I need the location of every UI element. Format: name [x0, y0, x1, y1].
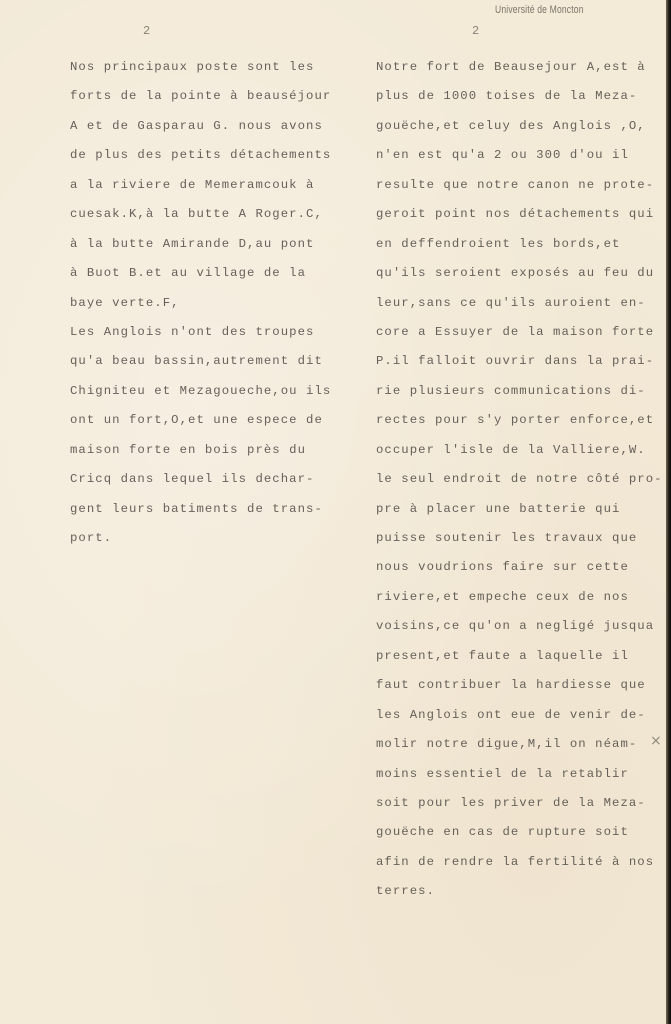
text-line: P.il falloit ouvrir dans la prai- [376, 347, 663, 376]
text-line: de plus des petits détachements [70, 141, 331, 170]
text-line: le seul endroit de notre côté pro- [376, 465, 663, 494]
text-line: leur,sans ce qu'ils auroient en- [376, 289, 663, 318]
text-line: baye verte.F, [70, 289, 331, 318]
text-line: a la riviere de Memeramcouk à [70, 171, 331, 200]
text-line: ont un fort,O,et une espece de [70, 406, 331, 435]
text-line: occuper l'isle de la Valliere,W. [376, 436, 663, 465]
text-line: afin de rendre la fertilité à nos [376, 848, 663, 877]
text-line: voisins,ce qu'on a negligé jusqua [376, 612, 663, 641]
text-line: Nos principaux poste sont les [70, 53, 331, 82]
text-line: nous voudrions faire sur cette [376, 553, 663, 582]
text-line: terres. [376, 877, 663, 906]
left-text-column: Nos principaux poste sont lesforts de la… [70, 53, 331, 553]
text-line: plus de 1000 toises de la Meza- [376, 82, 663, 111]
text-line: gouëche,et celuy des Anglois ,O, [376, 112, 663, 141]
text-line: gouëche en cas de rupture soit [376, 818, 663, 847]
text-line: qu'ils seroient exposés au feu du [376, 259, 663, 288]
text-line: forts de la pointe à beauséjour [70, 82, 331, 111]
text-line: riviere,et empeche ceux de nos [376, 583, 663, 612]
text-line: en deffendroient les bords,et [376, 230, 663, 259]
text-line: port. [70, 524, 331, 553]
text-line: molir notre digue,M,il on néam- [376, 730, 663, 759]
right-text-column: Notre fort de Beausejour A,est àplus de … [376, 53, 663, 907]
text-line: Les Anglois n'ont des troupes [70, 318, 331, 347]
text-line: core a Essuyer de la maison forte [376, 318, 663, 347]
text-line: resulte que notre canon ne prote- [376, 171, 663, 200]
text-line: puisse soutenir les travaux que [376, 524, 663, 553]
text-line: à la butte Amirande D,au pont [70, 230, 331, 259]
text-line: A et de Gasparau G. nous avons [70, 112, 331, 141]
text-line: geroit point nos détachements qui [376, 200, 663, 229]
text-line: moins essentiel de la retablir [376, 760, 663, 789]
archive-stamp: Université de Moncton [495, 4, 584, 16]
text-line: faut contribuer la hardiesse que [376, 671, 663, 700]
text-line: les Anglois ont eue de venir de- [376, 701, 663, 730]
text-line: rie plusieurs communications di- [376, 377, 663, 406]
right-page-number: 2 [472, 24, 479, 38]
text-line: pre à placer une batterie qui [376, 495, 663, 524]
text-line: qu'a beau bassin,autrement dit [70, 347, 331, 376]
scanned-page: Université de Moncton 2 2 Nos principaux… [0, 0, 671, 1024]
text-line: n'en est qu'a 2 ou 300 d'ou il [376, 141, 663, 170]
text-line: Cricq dans lequel ils dechar- [70, 465, 331, 494]
text-line: maison forte en bois près du [70, 436, 331, 465]
text-line: gent leurs batiments de trans- [70, 495, 331, 524]
text-line: present,et faute a laquelle il [376, 642, 663, 671]
left-page-number: 2 [143, 24, 150, 38]
text-line: soit pour les priver de la Meza- [376, 789, 663, 818]
text-line: cuesak.K,à la butte A Roger.C, [70, 200, 331, 229]
text-line: Notre fort de Beausejour A,est à [376, 53, 663, 82]
text-line: à Buot B.et au village de la [70, 259, 331, 288]
margin-cross-mark: × [650, 733, 662, 749]
text-line: Chigniteu et Mezagoueche,ou ils [70, 377, 331, 406]
scan-page-edge [666, 0, 671, 1024]
text-line: rectes pour s'y porter enforce,et [376, 406, 663, 435]
